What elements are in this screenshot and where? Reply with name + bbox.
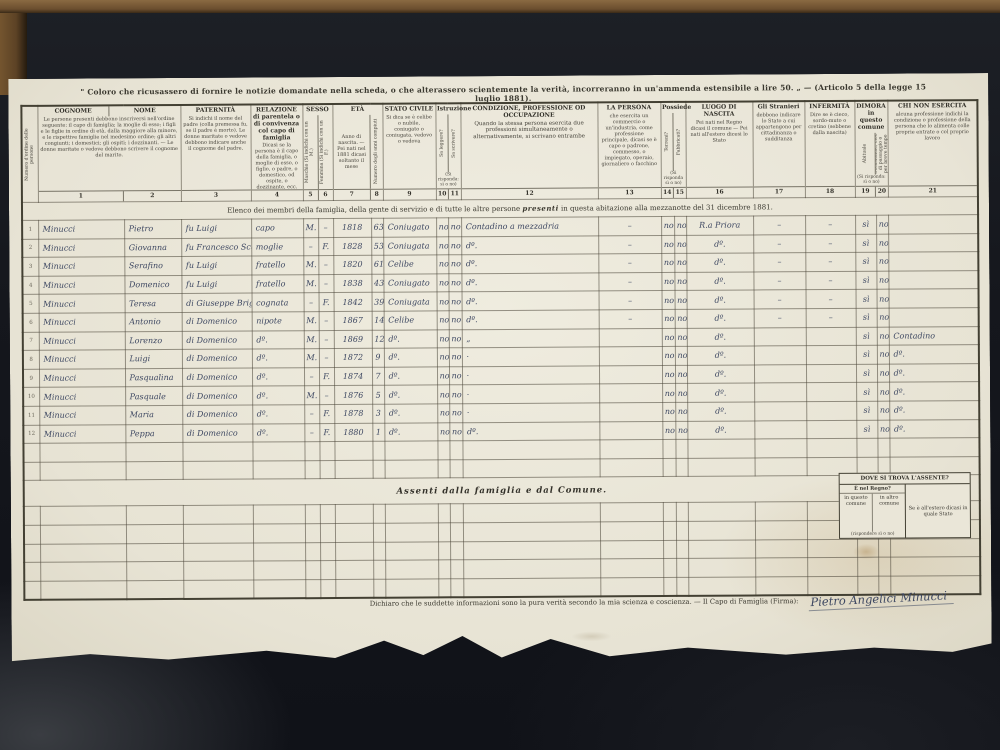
cell-scrive: no: [449, 292, 462, 311]
empty-cell: [463, 459, 600, 478]
cell-stato: dº.: [384, 385, 437, 404]
cell-straniero: [754, 402, 806, 421]
cell-luogo: dº.: [687, 346, 754, 365]
empty-cell: [755, 521, 807, 540]
col-num-6: 6: [317, 190, 332, 200]
cell-anni: 12: [372, 330, 384, 349]
cell-scrive: no: [449, 348, 462, 367]
cell-dim_oc: no: [877, 327, 889, 346]
cell-luogo: dº.: [687, 365, 754, 384]
col-num-8: 8: [370, 190, 383, 200]
cell-sesso_m: –: [303, 237, 318, 256]
empty-cell: [335, 505, 373, 524]
cell-sesso_f: –: [319, 349, 334, 368]
cell-relazione: fratello: [251, 274, 303, 293]
col-paternita: PATERNITÀ Si indichi il nome del padre (…: [180, 105, 251, 202]
absent-box-regno-a: in questo comune: [840, 494, 872, 532]
cell-anno: 1820: [333, 255, 371, 274]
cell-anno: 1874: [334, 367, 372, 386]
col-luogo-title: LUOGO DI NASCITA: [686, 102, 752, 119]
empty-cell: [463, 540, 600, 559]
cell-legge: no: [437, 404, 449, 423]
empty-cell: [373, 505, 385, 524]
cell-terreni: no: [661, 235, 674, 254]
cell-sesso_m: –: [304, 367, 319, 386]
cell-num: 1: [22, 220, 38, 239]
col-luogo-note: Pei nati nel Regno dicasi il comune — Pe…: [686, 119, 752, 187]
empty-cell: [755, 439, 807, 458]
cell-infermita: –: [805, 271, 855, 290]
empty-cell: [253, 524, 305, 543]
cell-dim_oc: no: [877, 401, 889, 420]
empty-cell: [807, 438, 857, 457]
empty-cell: [40, 462, 126, 481]
cell-anni: 1: [372, 423, 384, 442]
cell-stato: Coniugata: [383, 236, 436, 255]
cell-infermita: [806, 401, 856, 420]
col-num-13: 13: [598, 187, 660, 198]
empty-cell: [878, 557, 890, 576]
cell-legge: no: [437, 367, 449, 386]
col-num-1: 1: [38, 191, 123, 202]
col-sesso-f-label: Femmina (Si indichi con un F.): [320, 117, 331, 187]
col-num-16: 16: [686, 186, 752, 197]
cell-scrive: no: [449, 385, 462, 404]
cell-relazione: dº.: [252, 423, 304, 442]
empty-cell: [24, 581, 40, 600]
cell-condizione: dº.: [462, 310, 599, 329]
cell-fabbricati: no: [675, 421, 687, 440]
cell-chi: dº.: [889, 345, 979, 364]
cell-dim_ab: sì: [855, 234, 876, 253]
cell-cognome: Minucci: [39, 387, 125, 406]
cell-nome: Maria: [125, 405, 182, 424]
cell-cognome: Minucci: [38, 276, 124, 295]
empty-cell: [450, 504, 463, 523]
paper-stain: [572, 631, 612, 641]
empty-cell: [305, 460, 320, 479]
col-relazione-note: Dicasi se la persona è il capo della fam…: [251, 143, 302, 190]
cell-anno: 1878: [334, 404, 372, 423]
col-chi-non-esercita: CHI NON ESERCITA alcuna professione indi…: [887, 100, 978, 197]
cell-persona: [599, 347, 662, 366]
col-num-10: 10: [436, 189, 448, 199]
empty-cell: [463, 522, 600, 541]
absent-box-estero: Se è all'estero dicasi in quale Stato: [906, 484, 970, 537]
col-condizione: CONDIZIONE, PROFESSIONE OD OCCUPAZIONE Q…: [460, 102, 598, 199]
cell-chi: dº.: [889, 419, 979, 438]
cell-persona: –: [598, 254, 661, 273]
present-band-highlight: presenti: [522, 204, 558, 213]
col-sesso: SESSO Maschio (Si indichi con un M.) Fem…: [302, 104, 333, 201]
cell-sesso_m: M.: [304, 349, 319, 368]
cell-num: 4: [22, 276, 38, 295]
col-persona-title: LA PERSONA: [598, 103, 660, 113]
cell-terreni: no: [662, 309, 675, 328]
cell-relazione: moglie: [251, 237, 303, 256]
cell-num: 2: [22, 239, 38, 258]
cell-paternita: fu Luigi: [181, 256, 251, 275]
cell-paternita: di Domenico: [182, 349, 252, 368]
cell-anni: 5: [372, 386, 384, 405]
empty-cell: [450, 459, 463, 478]
empty-cell: [253, 561, 305, 580]
empty-cell: [599, 440, 662, 459]
empty-cell: [305, 505, 320, 524]
empty-cell: [24, 525, 40, 544]
cell-legge: no: [436, 255, 448, 274]
cell-anni: 63: [371, 218, 383, 237]
cell-fabbricati: no: [675, 328, 687, 347]
cell-sesso_f: F.: [319, 404, 334, 423]
cell-dim_oc: no: [876, 271, 888, 290]
cell-persona: –: [598, 272, 661, 291]
col-num-11: 11: [448, 189, 461, 199]
empty-cell: [688, 458, 755, 477]
cell-num: 7: [23, 332, 39, 351]
cell-chi: [888, 270, 978, 289]
empty-cell: [335, 460, 373, 479]
col-persona-note: che esercita un commercio o un'industria…: [598, 113, 660, 187]
cell-anni: 53: [371, 237, 383, 256]
cell-sesso_f: –: [319, 311, 334, 330]
cell-fabbricati: no: [674, 272, 686, 291]
col-istruzione-note: (Si risponda: sì o no): [436, 172, 460, 188]
col-num-4: 4: [251, 189, 302, 200]
col-eta-title: ETÀ: [333, 105, 382, 115]
empty-cell: [304, 442, 319, 461]
cell-legge: no: [437, 329, 449, 348]
empty-cell: [857, 539, 878, 558]
cell-sesso_f: –: [319, 386, 334, 405]
cell-stato: dº.: [384, 348, 437, 367]
col-num-21: 21: [888, 185, 977, 197]
cell-num: 6: [23, 313, 39, 332]
cell-nome: Antonio: [125, 312, 182, 331]
col-terreni-label: Terreni?: [664, 132, 669, 151]
cell-anni: 14: [372, 311, 384, 330]
absent-box-regno-title: È nel Regno?: [840, 485, 906, 494]
cell-luogo: R.a Priora: [686, 216, 753, 235]
cell-legge: no: [436, 274, 448, 293]
cell-nome: Lorenzo: [125, 331, 182, 350]
cell-sesso_m: M.: [304, 330, 319, 349]
cell-nome: Luigi: [125, 350, 182, 369]
cell-stato: Coniugato: [383, 274, 436, 293]
col-possiede-title: Possiede: [661, 103, 685, 113]
cell-scrive: no: [449, 404, 462, 423]
cell-num: 5: [23, 295, 39, 314]
col-chi-title: CHI NON ESERCITA: [888, 101, 977, 111]
col-condizione-note: Quando la stessa persona esercita due pr…: [461, 120, 597, 188]
col-dimora-title: DIMORA in questo comune: [855, 102, 887, 133]
empty-cell: [857, 438, 878, 457]
cell-anni: 3: [372, 404, 384, 423]
empty-cell: [807, 557, 857, 576]
cell-legge: no: [437, 311, 449, 330]
cell-fabbricati: no: [675, 365, 687, 384]
empty-cell: [335, 560, 373, 579]
cell-dim_oc: no: [877, 364, 889, 383]
census-sheet: " Coloro che ricusassero di fornire le n…: [8, 73, 992, 667]
cell-scrive: no: [449, 366, 462, 385]
empty-cell: [688, 502, 755, 521]
cell-num: 8: [23, 350, 39, 369]
cell-dim_ab: sì: [856, 401, 877, 420]
cell-anno: 1838: [333, 274, 371, 293]
cell-luogo: dº.: [686, 272, 753, 291]
cell-stato: dº.: [384, 329, 437, 348]
cell-condizione: Contadino a mezzadria: [461, 217, 598, 236]
empty-cell: [334, 441, 372, 460]
cell-dim_oc: no: [877, 420, 889, 439]
empty-cell: [463, 559, 600, 578]
cell-infermita: –: [806, 290, 856, 309]
cell-cognome: Minucci: [39, 406, 125, 425]
col-num-5: 5: [303, 190, 317, 200]
empty-cell: [385, 504, 438, 523]
col-anni-note: Numero degli anni compiuti: [374, 119, 379, 184]
empty-cell: [807, 539, 857, 558]
cell-luogo: dº.: [687, 383, 754, 402]
cell-condizione: dº.: [462, 421, 599, 440]
cell-dim_oc: no: [876, 234, 888, 253]
col-num-9: 9: [383, 188, 435, 199]
empty-cell: [305, 524, 320, 543]
col-abituale-label: Abituale: [863, 144, 868, 163]
cell-paternita: di Giuseppe Brigidi: [182, 293, 252, 312]
cell-condizione: dº.: [462, 291, 599, 310]
cell-infermita: [806, 383, 856, 402]
cell-chi: [888, 215, 978, 234]
cell-straniero: –: [754, 290, 806, 309]
cell-cognome: Minucci: [38, 257, 124, 276]
cell-stato: Coniugata: [384, 292, 437, 311]
cell-cognome: Minucci: [39, 369, 125, 388]
empty-cell: [463, 503, 600, 522]
empty-cell: [688, 558, 755, 577]
cell-fabbricati: no: [675, 347, 687, 366]
absent-box-regno-note: (rispondere sì o no): [840, 532, 906, 538]
cell-sesso_f: F.: [318, 237, 333, 256]
col-numero-label: Numero d'ordine delle persone: [25, 119, 36, 189]
cell-infermita: [806, 345, 856, 364]
empty-cell: [40, 562, 126, 581]
cell-straniero: –: [753, 271, 805, 290]
cell-condizione: ·: [462, 403, 599, 422]
empty-cell: [373, 560, 385, 579]
empty-cell: [39, 443, 125, 462]
col-stranieri: Gli Stranieri debbono indicare lo Stato …: [752, 101, 805, 198]
col-num-2: 2: [123, 191, 180, 201]
col-paternita-note: Si indichi il nome del padre (colla prem…: [181, 115, 250, 190]
cell-fabbricati: no: [674, 216, 686, 235]
empty-cell: [24, 507, 40, 526]
empty-cell: [450, 560, 463, 579]
cell-relazione: cognata: [252, 293, 304, 312]
cell-straniero: –: [754, 309, 806, 328]
cell-paternita: di Domenico: [182, 312, 252, 331]
head-of-family-signature: Pietro Angelici Minucci: [808, 588, 953, 611]
empty-cell: [253, 542, 305, 561]
cell-straniero: –: [753, 253, 805, 272]
empty-cell: [676, 521, 688, 540]
empty-cell: [438, 523, 450, 542]
cell-paternita: fu Luigi: [181, 219, 251, 238]
cell-legge: no: [437, 422, 449, 441]
empty-cell: [40, 580, 126, 599]
cell-persona: –: [598, 217, 661, 236]
cell-legge: no: [436, 218, 448, 237]
table-body: Elenco dei membri della famiglia, della …: [22, 197, 980, 600]
cell-paternita: fu Francesco Scalise: [181, 238, 251, 257]
cell-condizione: dº.: [461, 273, 598, 292]
empty-cell: [755, 502, 807, 521]
cell-legge: no: [437, 385, 449, 404]
cell-fabbricati: no: [675, 309, 687, 328]
cell-terreni: no: [662, 384, 675, 403]
empty-cell: [126, 461, 183, 480]
cell-num: 10: [23, 388, 39, 407]
col-num-20: 20: [875, 187, 887, 197]
col-paternita-title: PATERNITÀ: [181, 106, 250, 116]
empty-cell: [385, 560, 438, 579]
cell-luogo: dº.: [686, 235, 753, 254]
cell-sesso_f: F.: [319, 367, 334, 386]
cell-infermita: [806, 420, 856, 439]
cell-stato: Coniugato: [383, 218, 436, 237]
empty-cell: [40, 525, 126, 544]
cell-luogo: dº.: [687, 290, 754, 309]
cell-fabbricati: no: [675, 291, 687, 310]
empty-cell: [24, 544, 40, 563]
empty-cell: [688, 521, 755, 540]
cell-anno: 1867: [334, 311, 372, 330]
cell-sesso_f: F.: [319, 293, 334, 312]
empty-cell: [182, 442, 252, 461]
cell-persona: [599, 328, 662, 347]
cell-sesso_m: –: [304, 293, 319, 312]
empty-cell: [462, 440, 599, 459]
table-wood-edge: [0, 0, 1000, 13]
col-sa-scrivere-label: Sa scrivere?: [452, 129, 457, 158]
cell-cognome: Minucci: [39, 350, 125, 369]
cell-cognome: Minucci: [39, 331, 125, 350]
cell-persona: [599, 421, 662, 440]
empty-cell: [24, 462, 40, 481]
empty-cell: [125, 443, 182, 462]
cell-scrive: no: [448, 255, 461, 274]
cell-dim_ab: sì: [856, 420, 877, 439]
col-cognome-title: COGNOME: [38, 106, 109, 116]
col-cognome-note: Le persone presenti debbono inscriversi …: [38, 116, 180, 191]
cell-stato: Celibe: [384, 311, 437, 330]
col-chi-note: alcuna professione indichi la condizione…: [888, 111, 977, 186]
cell-dim_ab: sì: [856, 290, 877, 309]
cell-terreni: no: [662, 421, 675, 440]
col-anno-note: Anno di nascita. — Pei nati nel 1881 dic…: [333, 134, 370, 170]
empty-cell: [126, 524, 183, 543]
cell-straniero: [754, 364, 806, 383]
cell-chi: dº.: [889, 401, 979, 420]
empty-cell: [319, 442, 334, 461]
table-header: Numero d'ordine delle persone COGNOME NO…: [21, 100, 978, 202]
cell-nome: Peppa: [125, 424, 182, 443]
cell-terreni: no: [661, 272, 674, 291]
col-num-18: 18: [805, 186, 854, 197]
empty-cell: [857, 557, 878, 576]
cell-condizione: dº.: [461, 254, 598, 273]
cell-fabbricati: no: [674, 254, 686, 273]
empty-cell: [385, 541, 438, 560]
cell-anno: 1818: [333, 218, 371, 237]
col-occasionale-label: Occasionale, cioè di passaggio o per bre…: [875, 132, 888, 175]
cell-terreni: no: [662, 402, 675, 421]
cell-stato: dº.: [384, 404, 437, 423]
col-num-15: 15: [673, 188, 686, 198]
empty-cell: [438, 504, 450, 523]
cell-legge: no: [437, 292, 449, 311]
empty-cell: [450, 541, 463, 560]
cell-stato: dº.: [384, 422, 437, 441]
cell-straniero: [754, 383, 806, 402]
empty-cell: [253, 505, 305, 524]
cell-terreni: no: [662, 328, 675, 347]
empty-cell: [890, 438, 980, 457]
cell-dim_ab: sì: [856, 345, 877, 364]
cell-anni: 39: [372, 293, 384, 312]
cell-scrive: no: [449, 422, 462, 441]
cell-relazione: fratello: [251, 256, 303, 275]
cell-chi: [888, 252, 978, 271]
col-stato-title: STATO CIVILE: [383, 104, 435, 114]
empty-cell: [878, 438, 890, 457]
cell-persona: –: [599, 309, 662, 328]
empty-cell: [675, 439, 687, 458]
empty-cell: [335, 542, 373, 561]
col-relazione: RELAZIONE di parentela o di convivenza c…: [250, 104, 303, 201]
cell-scrive: no: [448, 236, 461, 255]
empty-cell: [183, 524, 253, 543]
cell-stato: dº.: [384, 367, 437, 386]
cell-relazione: dº.: [252, 330, 304, 349]
empty-cell: [320, 561, 335, 580]
col-num-17: 17: [753, 186, 804, 197]
cell-terreni: no: [662, 347, 675, 366]
cell-condizione: ·: [462, 347, 599, 366]
cell-dim_oc: no: [877, 289, 889, 308]
cell-persona: [599, 365, 662, 384]
cell-scrive: no: [449, 311, 462, 330]
col-sesso-m-label: Maschio (Si indichi con un M.): [305, 117, 316, 187]
cell-condizione: dº.: [461, 235, 598, 254]
cell-infermita: –: [806, 308, 856, 327]
cell-sesso_m: M.: [303, 256, 318, 275]
empty-cell: [373, 523, 385, 542]
col-num-3: 3: [181, 190, 250, 201]
empty-cell: [890, 557, 980, 576]
cell-persona: –: [598, 235, 661, 254]
cell-dim_oc: no: [877, 308, 889, 327]
cell-paternita: di Domenico: [182, 386, 252, 405]
empty-cell: [676, 503, 688, 522]
cell-chi: [889, 289, 979, 308]
cell-chi: dº.: [889, 382, 979, 401]
cell-terreni: no: [661, 216, 674, 235]
empty-cell: [183, 505, 253, 524]
cell-infermita: –: [805, 234, 855, 253]
cell-paternita: di Domenico: [182, 368, 252, 387]
